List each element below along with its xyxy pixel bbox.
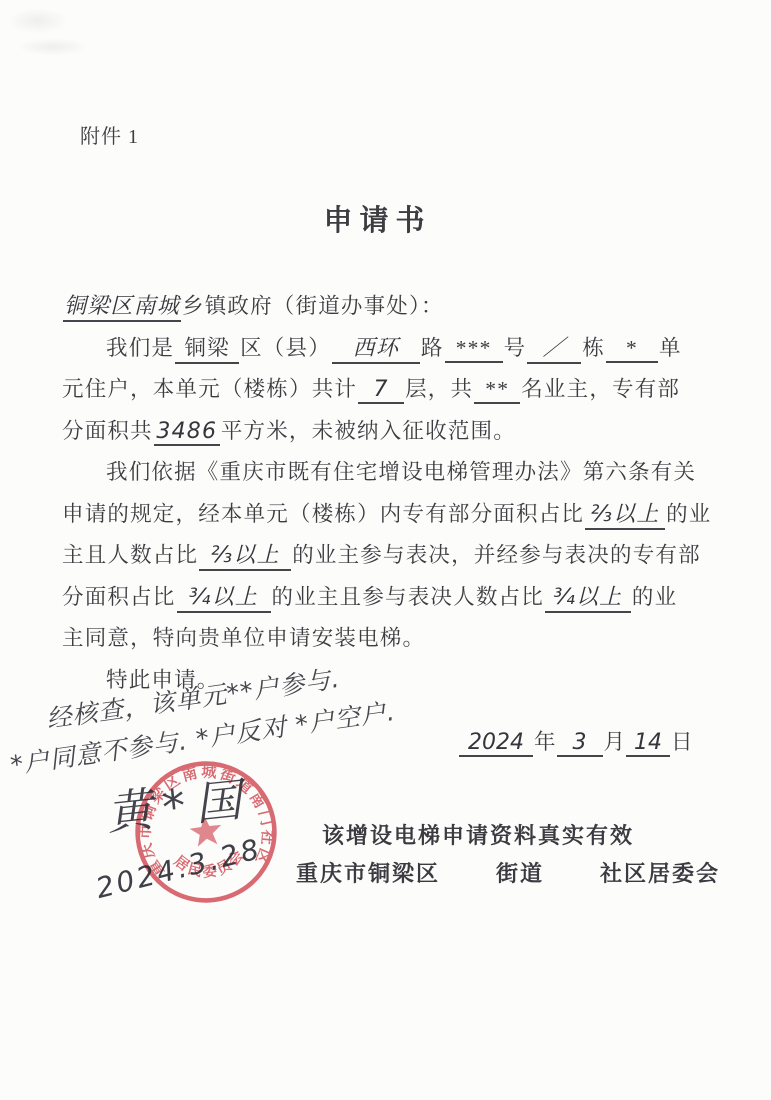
committee-signature-line: 重庆市铜梁区街道社区居委会 [296,857,720,888]
printed-text: 日 [671,730,693,754]
application-body-text: 铜梁区南城乡镇政府（街道办事处）：我们是铜梁区（县）西环路***号／栋*单元住户… [62,286,722,701]
line-floors-owners: 元住户，本单元（楼栋）共计7层，共**名业主，专有部 [62,369,722,411]
document-title: 申请书 [0,198,755,239]
attachment-label: 附件 1 [80,120,139,149]
printed-text: 申请的规定，经本单元（楼栋）内专有部分面积占比 [62,502,584,526]
printed-text: 的业 [666,502,711,526]
printed-text: 年 [534,730,556,754]
printed-text: 分面积占比 [62,585,176,609]
printed-text: 区（县） [240,336,331,360]
handwritten-blank: 3 [557,730,603,757]
application-date-line: 2024年3月14日 [458,722,693,762]
handwritten-blank: ⅔以上 [585,497,665,530]
greeting-line: 铜梁区南城乡镇政府（街道办事处）： [62,286,722,328]
handwritten-blank: ⅔以上 [199,538,291,571]
validation-statement: 该增设电梯申请资料真实有效 [322,819,634,850]
printed-text: 栋 [582,336,605,360]
filled-blank: ** [474,377,520,404]
handwritten-blank: 7 [358,377,404,404]
printed-text: 单 [659,336,682,360]
filled-blank: * [606,336,658,363]
printed-text: 的业 [632,585,677,609]
printed-text: 我们是 [106,336,174,360]
printed-text: 的业主且参与表决人数占比 [272,585,544,609]
line-regulation: 我们依据《重庆市既有住宅增设电梯管理办法》第六条有关 [62,452,722,494]
line-ratio-headcount: 主且人数占比⅔以上的业主参与表决，并经参与表决的专有部 [62,535,722,577]
line-ratio-voting: 分面积占比¾以上的业主且参与表决人数占比¾以上的业 [62,577,722,619]
printed-text: 层，共 [405,377,473,401]
printed-text: 名业主，专有部 [521,377,680,401]
filled-blank: *** [445,336,503,363]
printed-text: 路 [421,336,444,360]
printed-text: 主且人数占比 [62,543,198,567]
printed-text: 分面积共 [62,419,153,443]
printed-text: 号 [504,336,527,360]
handwritten-blank: ¾以上 [545,580,631,613]
handwritten-blank: ¾以上 [177,580,271,613]
handwritten-blank: 14 [626,730,670,757]
printed-text: 的业主参与表决，并经参与表决的专有部 [292,543,701,567]
scan-smudge [18,38,88,56]
printed-text: 我们依据《重庆市既有住宅增设电梯管理办法》第六条有关 [106,460,696,484]
line-consent: 主同意，特向贵单位申请安装电梯。 [62,618,722,660]
committee-signature-part: 社区居委会 [600,857,720,888]
committee-signature-part: 街道 [496,857,544,888]
handwritten-blank: 西环 [332,331,420,364]
printed-text: 主同意，特向贵单位申请安装电梯。 [62,626,425,650]
printed-text: 月 [604,730,626,754]
line-ratio-area: 申请的规定，经本单元（楼栋）内专有部分面积占比⅔以上的业 [62,494,722,536]
printed-text: 平方米，未被纳入征收范围。 [221,419,516,443]
printed-text: 元住户，本单元（楼栋）共计 [62,377,357,401]
line-area: 分面积共3486平方米，未被纳入征收范围。 [62,411,722,453]
handwritten-blank: ／ [527,331,581,364]
committee-signature-part: 重庆市铜梁区 [296,857,440,888]
handwritten-blank: 2024 [459,730,533,757]
application-document-page: 附件 1 申请书 铜梁区南城乡镇政府（街道办事处）：我们是铜梁区（县）西环路**… [0,0,771,1100]
printed-text: 乡镇政府（街道办事处）： [182,294,444,318]
line-address: 我们是铜梁区（县）西环路***号／栋*单 [62,328,722,370]
scan-smudge [8,8,68,34]
handwritten-blank: 3486 [154,419,220,446]
handwritten-blank: 铜梁区南城 [63,289,181,322]
filled-blank: 铜梁 [175,331,239,364]
